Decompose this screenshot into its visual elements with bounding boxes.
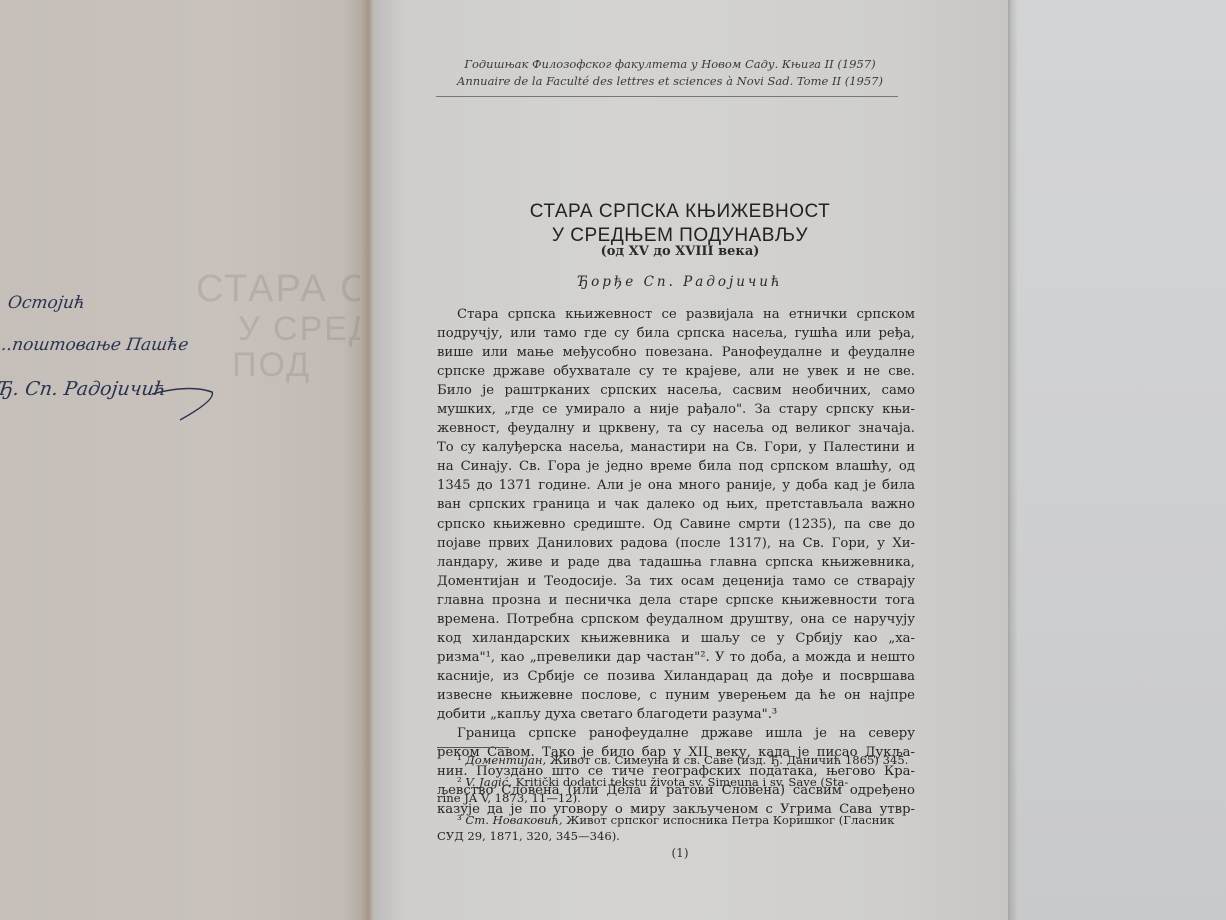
table-surface (1010, 0, 1226, 920)
article-body: Стара српска књижевност се развијала на … (437, 305, 915, 819)
article-subtitle: (од XV до XVIII века) (470, 244, 890, 259)
title-line-1: СТАРА СРПСКА КЊИЖЕВНОСТ (470, 200, 890, 224)
body-line: жевност, феудалну и црквену, та су насељ… (437, 419, 915, 438)
body-line: на Синају. Св. Гора је једно време била … (437, 457, 915, 476)
body-line: Доментијан и Теодосије. За тих осам деце… (437, 572, 915, 591)
footnote-rule (437, 747, 509, 748)
body-line: српско књижевно средиште. Од Савине смрт… (437, 515, 915, 534)
body-line: 1345 до 1371 године. Али је она много ра… (437, 476, 915, 495)
footnote-continuation: СУД 29, 1871, 320, 345—346). (437, 828, 917, 844)
bleed-through-title-line-3: ПОД (232, 346, 311, 385)
handwritten-dedication: ...поштовање Пашће (0, 335, 190, 355)
handwritten-signature: Ђ. Сп. Радојичић (0, 378, 168, 400)
running-header: Годишњак Филозофског факултета у Новом С… (440, 56, 900, 90)
body-line: ландару, живе и раде два тадашња главна … (437, 553, 915, 572)
header-french: Annuaire de la Faculté des lettres et sc… (440, 73, 900, 90)
footnote-2: ² V. Jagić, Kritički dodatci tekstu živo… (437, 774, 917, 806)
footnote-author: V. Jagić, (465, 775, 512, 789)
body-line: касније, из Србије се позива Хиландарац … (437, 667, 915, 686)
footnote-1: ¹ Доментијан, Живот св. Симеуна и св. Са… (437, 752, 917, 768)
body-line: То су калуђерска насеља, манастири на Св… (437, 438, 915, 457)
footnotes: ¹ Доментијан, Живот св. Симеуна и св. Са… (437, 752, 917, 850)
signature-flourish-icon (150, 380, 220, 425)
body-line: Граница српске ранофеудалне државе ишла … (437, 724, 915, 743)
footnote-text: Живот српског испосника Петра Коришког (… (566, 813, 894, 827)
body-line: ризма"¹, као „превелики дар частан"². У … (437, 648, 915, 667)
article-author: Ђорђе Сп. Радојичић (470, 274, 890, 290)
article-title: СТАРА СРПСКА КЊИЖЕВНОСТ У СРЕДЊЕМ ПОДУНА… (470, 200, 890, 248)
body-line: Стара српска књижевност се развијала на … (437, 305, 915, 324)
footnote-text: Kritički dodatci tekstu života sv. Simeu… (516, 775, 849, 789)
body-line: ван српских граница и чак далеко од њих,… (437, 495, 915, 514)
footnote-mark: ¹ (457, 753, 462, 767)
body-line: подручју, или тамо где су била српска на… (437, 324, 915, 343)
body-line: појаве првих Данилових радова (после 131… (437, 534, 915, 553)
body-line: код хиландарских књижевника и шаљу се у … (437, 629, 915, 648)
book-gutter (360, 0, 374, 920)
footnote-text: Живот св. Симеуна и св. Саве (изд. Ђ. Да… (550, 753, 909, 767)
footnote-author: Ст. Новаковић, (465, 813, 562, 827)
footnote-mark: ² (457, 775, 462, 789)
body-line: више или мање међусобно повезана. Ранофе… (437, 343, 915, 362)
handwritten-name: Остојић (7, 293, 87, 313)
left-page: СТАРА СРПСКА КЊ У СРЕД ПОД Остојић ...по… (0, 0, 372, 920)
body-line: Било је раштрканих српских насеља, сасви… (437, 381, 915, 400)
bleed-through-title-line-2: У СРЕД (238, 310, 374, 349)
footnote-mark: ³ (457, 813, 462, 827)
footnote-3: ³ Ст. Новаковић, Живот српског испосника… (437, 812, 917, 844)
body-line: мушких, „где се умирало а није рађало". … (437, 400, 915, 419)
header-rule (436, 96, 898, 97)
page-number: (1) (660, 846, 700, 860)
page-edge-shadow (1008, 0, 1018, 920)
body-line: времена. Потребна српском феудалном друш… (437, 610, 915, 629)
footnote-author: Доментијан, (465, 753, 546, 767)
header-serbian: Годишњак Филозофског факултета у Новом С… (440, 56, 900, 73)
body-line: српске државе обухватале су те крајеве, … (437, 362, 915, 381)
body-line: добити „капљу духа светаго благодети раз… (437, 705, 915, 724)
footnote-continuation: rine JA V, 1873, 11—12). (437, 790, 917, 806)
body-line: извесне књижевне послове, с пуним уверењ… (437, 686, 915, 705)
body-line: главна прозна и песничка дела старе српс… (437, 591, 915, 610)
